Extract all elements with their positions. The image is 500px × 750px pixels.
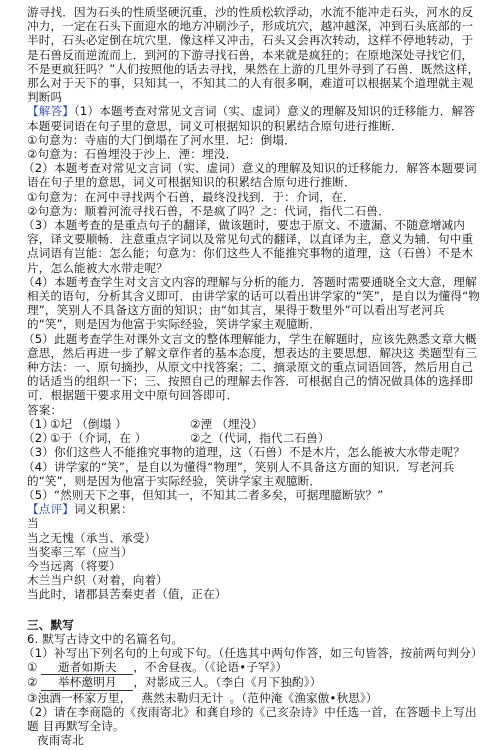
answer-2-second: ②之（代词，指代二石兽） [194,431,330,445]
comment-item: 当之无愧（承当、承受） [27,531,482,545]
question-6-1: （1）补写出下列名句的上句或下句。（任选其中两句作答，如三句皆答，按前两句判分） [27,646,482,660]
fill-blank: 逝者如斯夫 [41,660,133,675]
analysis-q1-intro: 【解答】（1）本题考查对常见文言词（实、虚词）意义的理解及知识的迁移能力．解答本… [27,104,482,132]
analysis-q2-intro: （2）本题考查对常见文言词（实、虚词）意义的理解及知识的迁移能力．解答本题要词语… [27,161,482,189]
answer-row-1: （1） ①圮 （倒塌 ） ②湮 （埋没） [27,417,482,431]
analysis-q2-item-2: ②句意为：顺着河流寻找石兽，不是疯了吗？之：代词，指代二石兽． [27,204,482,218]
comment-word: 当 [27,516,482,530]
analysis-q5: （5）此题考查学生对课外文言文的整体理解能力，学生在解题时，应该先熟悉文章大概意… [27,332,482,403]
poem-title: 夜雨寄北 [27,733,482,747]
analysis-q3: （3）本题考查的是重点句子的翻译，做该题时，要忠于原文、不遗漏、不随意增减内容，… [27,218,482,275]
question-6: 6. 默写古诗文中的名篇名句。 [27,632,482,646]
answer-label: 【解答】 [27,104,74,118]
answer-4: （4）讲学家的“笑”，是自以为懂得“物理”，笑别人不具备这方面的知识．写老河兵的… [27,460,482,488]
document-page: 游寻找．因为石头的性质坚硬沉重，沙的性质松软浮动，水流不能冲走石头，河水的反冲力… [0,0,500,747]
comment-label: 【点评】 [27,502,74,516]
answer-5: （5）“然则天下之事，但知其一，不知其二者多矣，可据理臆断欤？” [27,488,482,502]
answer-1-first: ①圮 （倒塌 ） [54,417,194,431]
comment-item: 当奖率三军（应当） [27,545,482,559]
analysis-q4: （4）本题考查学生对文言文内容的理解与分析的能力．答题时需要通晓全文大意，理解相… [27,275,482,332]
answer-1-second: ②湮 （埋没） [194,417,263,431]
comment-heading: 【点评】词义积累： [27,502,482,516]
fill-blank: 举杯邀明月 [41,675,133,690]
passage-translation: 游寻找．因为石头的性质坚硬沉重，沙的性质松软浮动，水流不能冲走石头，河水的反冲力… [27,5,482,104]
section-title: 三、默写 [27,618,482,632]
answers-heading: 答案： [27,403,482,417]
analysis-q1-item-1: ①句意为：寺庙的大门倒塌在了河水里．圮：倒塌． [27,133,482,147]
comment-item: 今当远离（将要） [27,559,482,573]
dictation-line-2: ② 举杯邀明月，对影成三人。（李白《月下独酌》） [27,675,482,690]
comment-item: 当此时，诸郡县苦秦吏者（值，正在） [27,587,482,601]
answer-row-2: （2） ①于（介词，在 ） ②之（代词，指代二石兽） [27,431,482,445]
analysis-q1-item-2: ②句意为：石兽埋没于沙上．湮：埋没． [27,147,482,161]
question-6-2: （2）请在李商隐的《夜雨寄北》和龚自珍的《己亥杂诗》中任选一首，在答题卡上写出题… [27,705,482,733]
answer-2-first: ①于（介词，在 ） [54,431,194,445]
analysis-q2-item-1: ①句意为：在河中寻找两个石兽，最终没找到．于：介词，在． [27,190,482,204]
dictation-line-1: ① 逝者如斯夫，不舍昼夜。（《论语•子罕》） [27,660,482,675]
answer-3: （3）你们这些人不能推究事物的道理，这（石兽）不是木片，怎么能被大水带走呢？ [27,445,482,459]
comment-item: 木兰当户织（对着，向着） [27,573,482,587]
dictation-line-3: ③浊酒一杯家万里， 燕然未勒归无计。（范仲淹《渔家傲•秋思》） [27,691,482,705]
fill-blank: 燕然未勒归无计 [135,691,229,705]
